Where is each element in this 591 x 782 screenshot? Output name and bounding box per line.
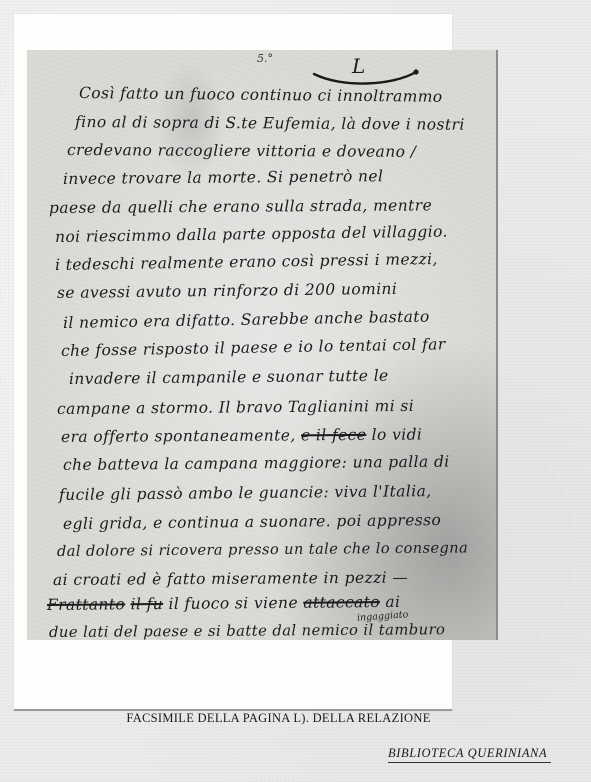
manuscript-facsimile-image: 5.° L Così fatto un fuoco continuo ci in…	[27, 50, 498, 640]
manuscript-line: il nemico era difatto. Sarebbe anche bas…	[63, 308, 430, 332]
manuscript-line: fucile gli passò ambo le guancie: viva l…	[59, 482, 432, 504]
struck-through-text: il fu	[130, 595, 163, 613]
manuscript-line: fino al di sopra di S.te Eufemia, là dov…	[75, 113, 465, 134]
manuscript-line: egli grida, e continua a suonare. poi ap…	[63, 511, 441, 533]
struck-through-text: attaccato	[303, 593, 380, 612]
manuscript-line-text: ai	[380, 593, 400, 611]
manuscript-line-text: era offerto spontaneamente,	[61, 426, 296, 446]
manuscript-page-heading: 5.° L	[257, 52, 427, 88]
manuscript-line: che fosse risposto il paese e io lo tent…	[61, 335, 446, 360]
flourish-underline-icon	[312, 68, 422, 86]
struck-through-text: e il fece	[301, 426, 366, 444]
manuscript-line-text: lo vidi	[366, 425, 422, 443]
manuscript-line: Frattanto il fu il fuoco si viene attacc…	[47, 593, 400, 614]
struck-through-text: Frattanto	[47, 595, 125, 614]
manuscript-line: era offerto spontaneamente, e il fece lo…	[61, 425, 422, 446]
manuscript-line: invece trovare la morte. Si penetrò nel	[63, 167, 383, 188]
manuscript-line: credevano raccogliere vittoria e doveano…	[67, 141, 416, 161]
facsimile-caption: FACSIMILE DELLA PAGINA L). DELLA RELAZIO…	[0, 711, 569, 726]
heading-numeral: 5.°	[257, 52, 273, 65]
manuscript-line: i tedeschi realmente erano così pressi i…	[55, 250, 438, 274]
manuscript-line: noi riescimmo dalla parte opposta del vi…	[55, 223, 448, 246]
manuscript-line: paese da quelli che erano sulla strada, …	[49, 196, 432, 217]
manuscript-line: invadere il campanile e suonar tutte le	[69, 367, 389, 388]
manuscript-line: due lati del paese e si batte dal nemico…	[49, 621, 445, 640]
manuscript-line: se avessi avuto un rinforzo di 200 uomin…	[57, 280, 397, 302]
manuscript-line: Così fatto un fuoco continuo ci innoltra…	[79, 84, 443, 106]
manuscript-line-text: il fuoco si viene	[163, 594, 298, 613]
manuscript-line: che batteva la campana maggiore: una pal…	[63, 453, 450, 474]
library-credit: BIBLIOTECA QUERINIANA	[388, 746, 551, 763]
manuscript-line: ai croati ed è fatto miseramente in pezz…	[53, 569, 408, 589]
manuscript-line: campane a stormo. Il bravo Taglianini mi…	[57, 397, 414, 418]
manuscript-line: dal dolore si ricovera presso un tale ch…	[57, 539, 468, 560]
